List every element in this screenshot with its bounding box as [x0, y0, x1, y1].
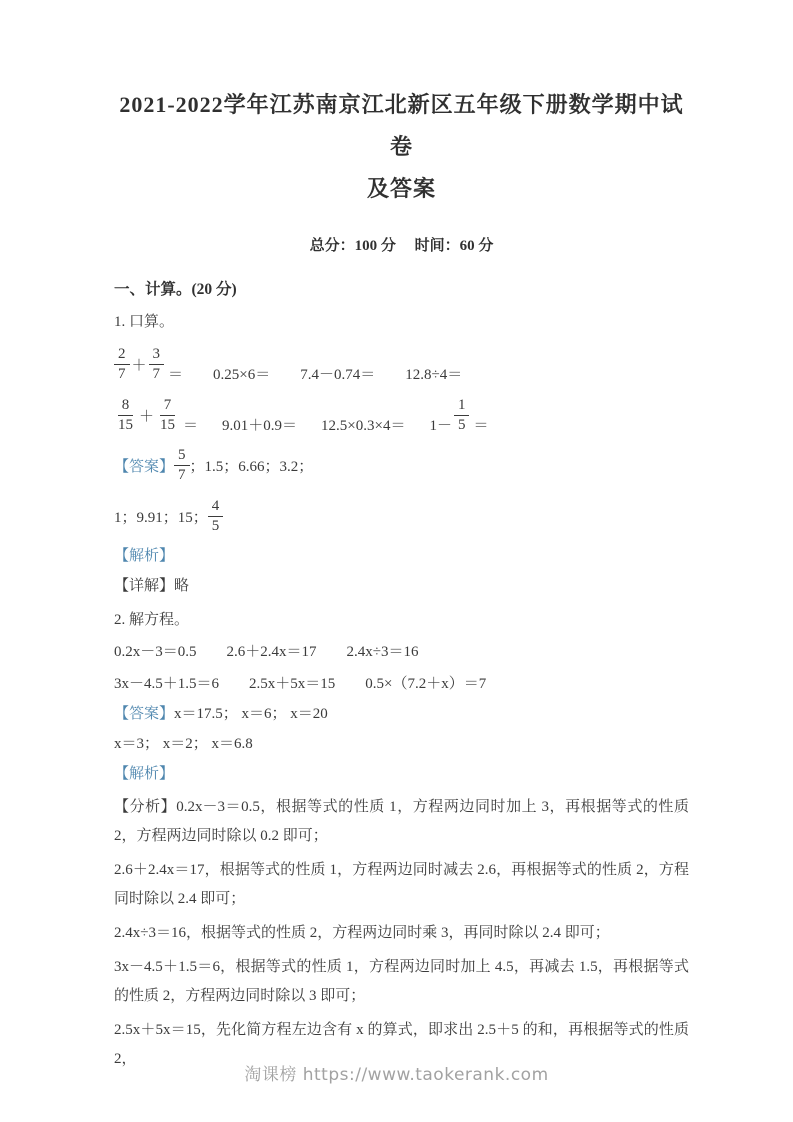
equation: 2.6＋2.4x＝17	[227, 642, 317, 663]
equation: 0.5×（7.2＋x）＝7	[365, 674, 486, 695]
equation: 3x－4.5＋1.5＝6	[114, 674, 219, 695]
math-expression: 0.25×6＝	[213, 363, 270, 384]
answer-line-2: 1；9.91；15； 4 5	[114, 495, 689, 537]
answer-marker: 【答案】	[114, 455, 174, 476]
analysis-marker: 【解析】	[114, 546, 689, 567]
fraction-numerator: 5	[174, 446, 190, 466]
analysis-paragraph: 【分析】0.2x－3＝0.5，根据等式的性质 1，方程两边同时加上 3，再根据等…	[114, 793, 689, 851]
answer-values: x＝17.5； x＝6； x＝20	[174, 706, 328, 722]
answer-values: ；1.5；6.66；3.2；	[190, 455, 314, 476]
answer-line-2: x＝3； x＝2； x＝6.8	[114, 734, 689, 755]
detail-line: 【详解】略	[114, 576, 689, 597]
analysis-paragraph: 2.4x÷3＝16，根据等式的性质 2，方程两边同时乘 3，再同时除以 2.4 …	[114, 919, 689, 948]
fraction-numerator: 4	[208, 497, 224, 517]
fraction-denominator: 5	[208, 517, 224, 536]
answer-line-1: 【答案】 5 7 ；1.5；6.66；3.2；	[114, 444, 689, 486]
fraction: 5 7	[174, 446, 190, 485]
document-content: 2021-2022学年江苏南京江北新区五年级下册数学期中试卷 及答案 总分：10…	[0, 0, 793, 1074]
oral-arithmetic-row-1: 2 7 ＋ 3 7 ＝ 0.25×6＝ 7.4－0.74＝ 12.8÷4＝	[114, 345, 689, 384]
plus-operator: ＋	[132, 354, 147, 375]
fraction-denominator: 15	[156, 416, 179, 435]
math-expression: 9.01＋0.9＝	[222, 414, 297, 435]
math-expression: 7.4－0.74＝	[300, 363, 375, 384]
score-time-line: 总分：100 分 时间：60 分	[114, 234, 689, 255]
analysis-marker: 【解析】	[114, 764, 689, 785]
answer-values: 1；9.91；15；	[114, 506, 208, 527]
fraction-expression: 8 15 ＋ 7 15 ＝	[114, 396, 198, 435]
fraction: 3 7	[149, 345, 165, 384]
fraction-denominator: 7	[114, 365, 130, 384]
fraction: 7 15	[156, 396, 179, 435]
equations-row-2: 3x－4.5＋1.5＝6 2.5x＋5x＝15 0.5×（7.2＋x）＝7	[114, 674, 689, 695]
equals-sign: ＝	[168, 363, 183, 384]
equals-sign: ＝	[183, 414, 198, 435]
oral-arithmetic-row-2: 8 15 ＋ 7 15 ＝ 9.01＋0.9＝ 12.5×0.3×4＝ 1－ 1…	[114, 396, 689, 435]
fraction-denominator: 7	[149, 365, 165, 384]
page-title-line-2: 及答案	[114, 168, 689, 210]
fraction-denominator: 5	[454, 416, 470, 435]
analysis-label: 【分析】	[114, 799, 176, 815]
question-1-label: 1. 口算。	[114, 312, 689, 333]
fraction-expression: 2 7 ＋ 3 7 ＝	[114, 345, 183, 384]
equation: 2.5x＋5x＝15	[249, 674, 335, 695]
equations-row-1: 0.2x－3＝0.5 2.6＋2.4x＝17 2.4x÷3＝16	[114, 642, 689, 663]
fraction-numerator: 3	[149, 345, 165, 365]
fraction: 8 15	[114, 396, 137, 435]
question-2-label: 2. 解方程。	[114, 610, 689, 631]
fraction-denominator: 15	[114, 416, 137, 435]
math-expression: 12.5×0.3×4＝	[321, 414, 405, 435]
fraction-numerator: 1	[454, 396, 470, 416]
fraction: 4 5	[208, 497, 224, 536]
fraction-numerator: 8	[118, 396, 134, 416]
equation: 2.4x÷3＝16	[347, 642, 419, 663]
section-1-heading: 一、计算。(20 分)	[114, 277, 689, 299]
fraction-expression: 1－ 1 5 ＝	[429, 396, 488, 435]
answer-marker: 【答案】	[114, 706, 174, 722]
plus-operator: ＋	[139, 405, 154, 426]
analysis-paragraph: 3x－4.5＋1.5＝6，根据等式的性质 1，方程两边同时加上 4.5，再减去 …	[114, 953, 689, 1011]
fraction-numerator: 7	[160, 396, 176, 416]
analysis-text: 0.2x－3＝0.5，根据等式的性质 1，方程两边同时加上 3，再根据等式的性质…	[114, 799, 689, 844]
exam-document-page: 2021-2022学年江苏南京江北新区五年级下册数学期中试卷 及答案 总分：10…	[0, 0, 793, 1122]
fraction: 1 5	[454, 396, 470, 435]
fraction-numerator: 2	[114, 345, 130, 365]
analysis-paragraph: 2.6＋2.4x＝17，根据等式的性质 1，方程两边同时减去 2.6，再根据等式…	[114, 856, 689, 914]
expression-prefix: 1－	[429, 414, 452, 435]
math-expression: 12.8÷4＝	[405, 363, 462, 384]
site-watermark: 淘课榜 https://www.taokerank.com	[0, 1060, 793, 1085]
answer-line-1: 【答案】x＝17.5； x＝6； x＝20	[114, 704, 689, 725]
page-title-line-1: 2021-2022学年江苏南京江北新区五年级下册数学期中试卷	[114, 84, 689, 168]
equals-sign: ＝	[473, 414, 488, 435]
fraction: 2 7	[114, 345, 130, 384]
fraction-denominator: 7	[174, 466, 190, 485]
equation: 0.2x－3＝0.5	[114, 642, 197, 663]
